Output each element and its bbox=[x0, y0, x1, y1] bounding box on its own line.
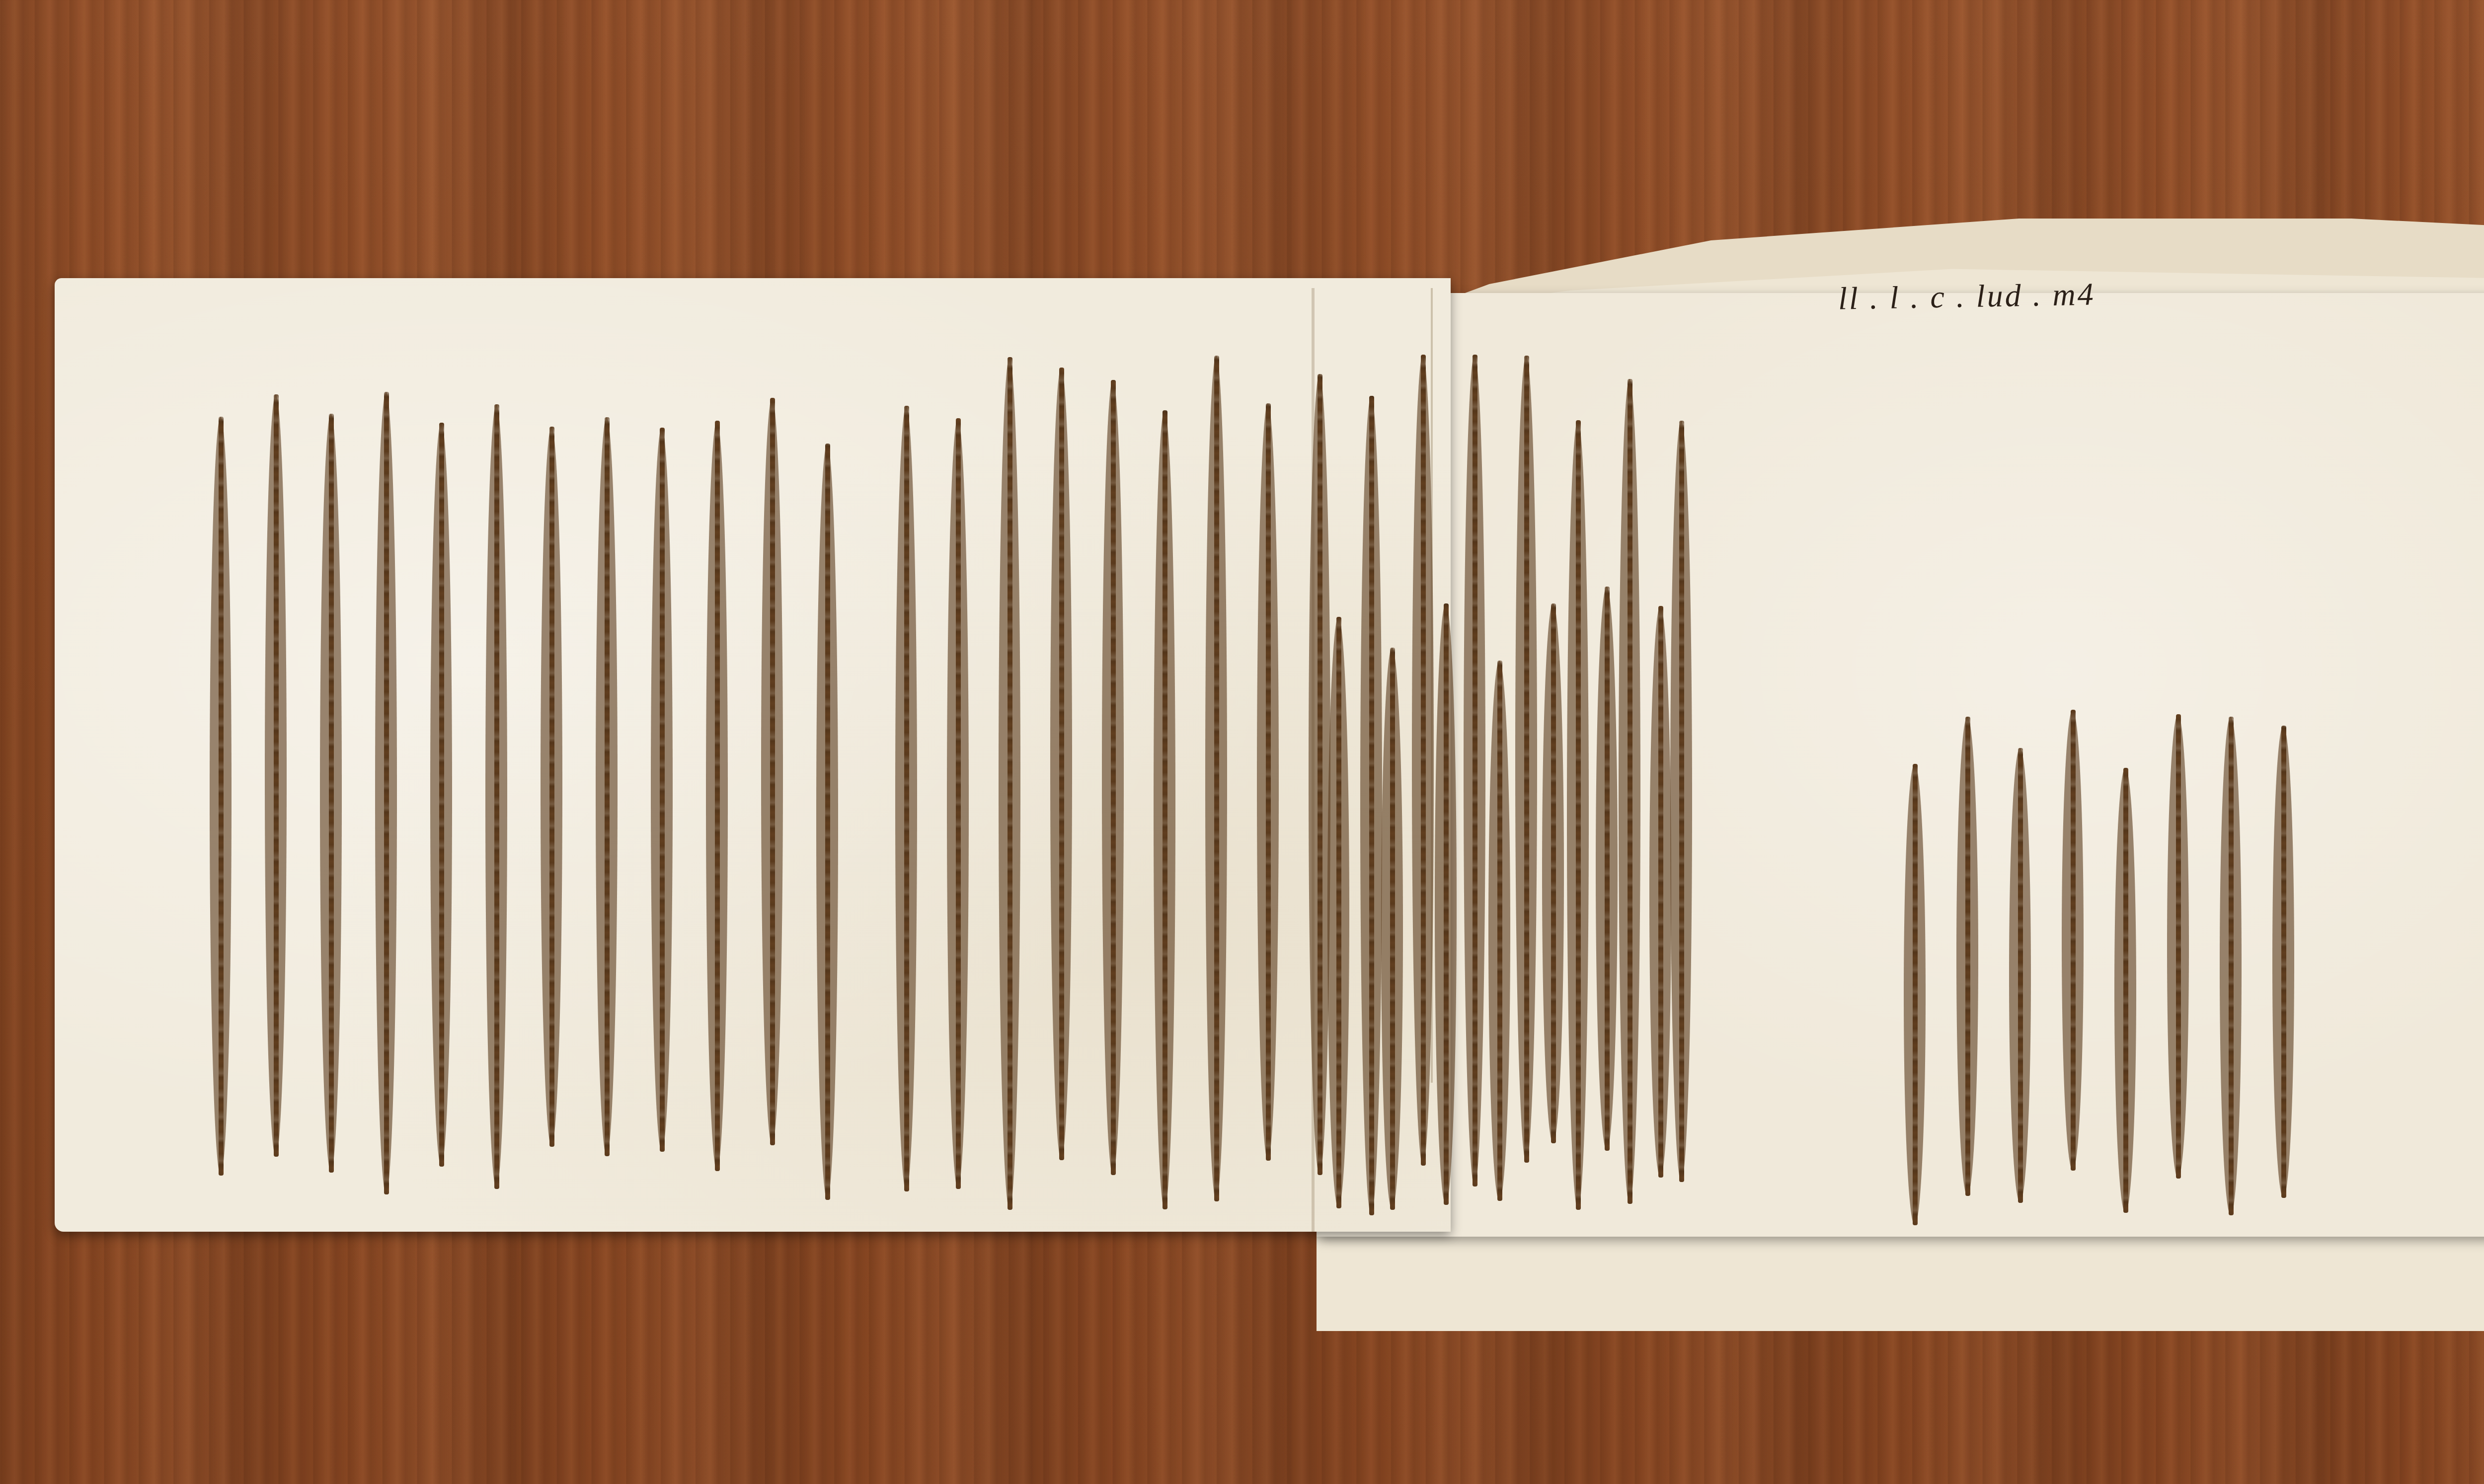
underlying-page-text: ll . l . c . lud . m4 bbox=[1838, 276, 2096, 317]
handwritten-line bbox=[384, 392, 389, 1194]
handwritten-line bbox=[1111, 380, 1116, 1175]
handwritten-line bbox=[2123, 768, 2128, 1213]
handwritten-line bbox=[1214, 356, 1219, 1201]
handwritten-line bbox=[2229, 717, 2234, 1215]
handwritten-line bbox=[825, 444, 830, 1200]
handwritten-line bbox=[1336, 617, 1341, 1208]
handwritten-line bbox=[1605, 587, 1610, 1151]
handwritten-line bbox=[1008, 357, 1012, 1210]
handwritten-line bbox=[1421, 355, 1426, 1166]
handwritten-line bbox=[1266, 403, 1271, 1161]
handwritten-line bbox=[549, 427, 554, 1147]
handwritten-line bbox=[219, 417, 224, 1176]
handwritten-line bbox=[2176, 714, 2181, 1179]
handwritten-line bbox=[1497, 661, 1502, 1201]
handwritten-line bbox=[1473, 355, 1477, 1186]
handwritten-line bbox=[274, 394, 279, 1157]
handwritten-line bbox=[2281, 726, 2286, 1198]
handwritten-line bbox=[1965, 717, 1970, 1196]
handwritten-line bbox=[2018, 748, 2023, 1203]
handwritten-line bbox=[329, 414, 334, 1173]
handwritten-line bbox=[1628, 379, 1632, 1204]
handwritten-line bbox=[660, 428, 665, 1152]
handwritten-line bbox=[1524, 356, 1529, 1163]
handwritten-line bbox=[494, 404, 499, 1189]
handwritten-line bbox=[439, 423, 444, 1167]
handwritten-line bbox=[715, 421, 720, 1171]
handwritten-line bbox=[605, 417, 610, 1156]
handwritten-line bbox=[770, 398, 775, 1145]
handwritten-line bbox=[2071, 710, 2076, 1170]
handwritten-line bbox=[1390, 648, 1395, 1210]
handwritten-line bbox=[1059, 368, 1064, 1160]
handwritten-line bbox=[1551, 603, 1556, 1143]
handwritten-line bbox=[1913, 764, 1918, 1225]
handwritten-line bbox=[1576, 420, 1581, 1210]
handwritten-line bbox=[1318, 374, 1322, 1175]
handwritten-line bbox=[904, 406, 909, 1191]
handwritten-line bbox=[956, 418, 961, 1189]
manuscript-sheet-main bbox=[55, 278, 1451, 1232]
handwritten-line bbox=[1163, 410, 1167, 1209]
handwritten-line bbox=[1658, 606, 1663, 1178]
handwritten-line bbox=[1679, 421, 1684, 1182]
handwritten-line bbox=[1444, 603, 1449, 1205]
handwritten-line bbox=[1369, 396, 1374, 1215]
